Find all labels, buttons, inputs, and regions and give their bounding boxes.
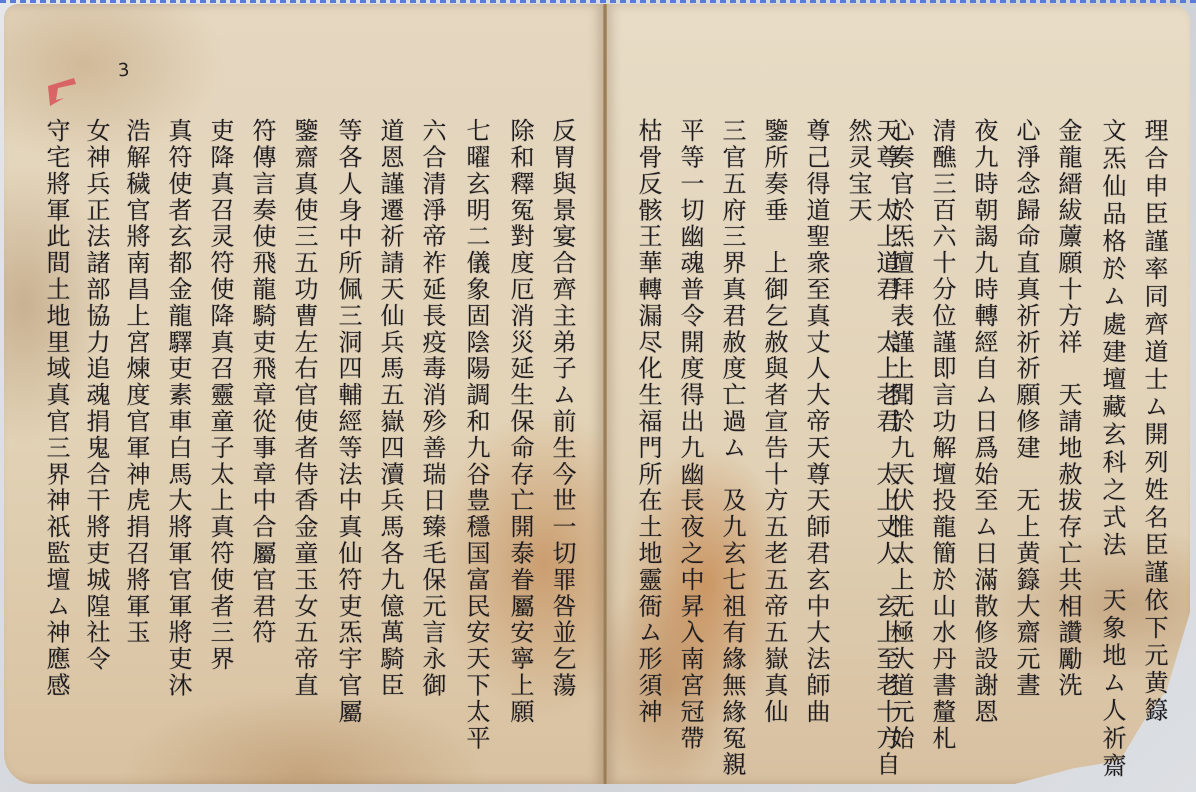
right-column-2: 文炁仙品格於ム處建壇藏玄科之式法 天象地ム人祈齋: [1098, 118, 1126, 780]
left-column-13: 守宅將軍此間土地里域真官三界神祇監壇ム神應感: [42, 118, 70, 699]
selection-border: [0, 0, 1196, 3]
right-column-12: 平等一切幽魂普令開度得出九幽長夜之中昇入南宮冠帶: [676, 118, 704, 752]
right-column-3: 金龍縉紱䕲願十方祥 天請地赦拔存亡共相讚勵洗: [1054, 118, 1082, 699]
right-column-11: 三官五府三界真君赦度亡過ム 及九玄七祖有緣無緣冤親: [718, 118, 746, 778]
left-column-7: 鑒齋真使三五功曹左右官使者侍香金童玉女五帝直: [290, 118, 318, 699]
right-column-1: 理合申臣謹率同齊道士ム開列姓名臣謹依下元黄籙: [1140, 118, 1168, 725]
right-column-6: 清醮三百六十分位謹即言功解壇投龍簡於山水丹書釐札: [928, 118, 956, 752]
right-column-9: 尊己得道聖衆至真丈人大帝天尊天師君玄中大法師曲: [802, 118, 830, 725]
right-column-10: 鑒所奏垂 上御乞赦與者宣告十方五老五帝五嶽真仙: [760, 118, 788, 725]
left-column-11: 浩解穢官將南昌上宮煉度官軍神虎捐召將軍玉: [122, 118, 150, 646]
left-column-9: 吏降真召灵符使降真召靈童子太上真符使者三界: [206, 118, 234, 672]
book-spine: [603, 4, 607, 784]
right-column-13: 枯骨反骸王華轉漏尽化生福門所在土地靈衙ム形須神: [634, 118, 662, 725]
left-column-5: 道恩謹遷祈請天仙兵馬五嶽四瀆兵馬各九億萬騎臣: [376, 118, 404, 699]
page-number: 3: [117, 60, 130, 82]
left-column-2: 除和釋冤對度厄消災延生保命存亡開泰眷屬安寧上願: [506, 118, 534, 725]
left-column-12: 女神兵正法諸部協力追魂捐鬼合干將吏城隍社令: [82, 118, 110, 672]
left-column-1: 反胃與景宴合齊主弟子ム前生今世一切罪咎並乞蕩: [548, 118, 576, 699]
left-column-3: 七曜玄明二儀象固陰陽調和九谷豊穩国富民安天下太平: [462, 118, 490, 752]
left-column-4: 六合清淨帝祚延長疫毒消殄善瑞日臻毛保元言永御: [418, 118, 446, 699]
left-column-10: 真符使者玄都金龍驛吏素車白馬大將軍官軍將吏沐: [164, 118, 192, 699]
left-column-6: 等各人身中所佩三洞四輔經等法中真仙符吏炁宇官屬: [334, 118, 362, 725]
right-column-5: 夜九時朝謁九時轉經自ム日爲始至ム日滿散修設謝恩: [970, 118, 998, 725]
right-column-4: 心淨念歸命直真祈祈祈願修建 无上黄籙大齋元晝: [1012, 118, 1040, 699]
right-column-8: 天尊 太上道君 太上老君 太上丈人 玄上至老十方自然灵宝天: [844, 118, 900, 792]
left-column-8: 符傳言奏使飛龍騎吏飛章從事章中合屬官君符: [248, 118, 276, 646]
red-corner-mark-icon: [44, 76, 80, 108]
